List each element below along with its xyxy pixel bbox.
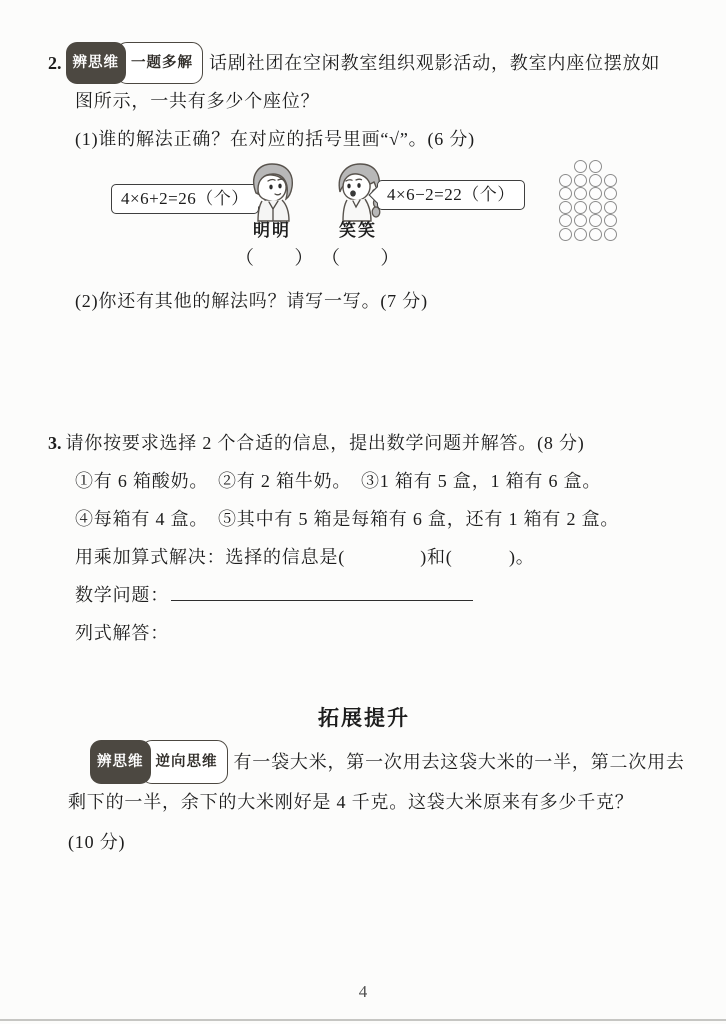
question-2-part2: (2)你还有其他的解法吗？请写一写。(7 分) xyxy=(75,282,680,320)
extension-badges: 辨思维 逆向思维 xyxy=(90,740,228,784)
seat-circle xyxy=(559,201,572,214)
seat-row xyxy=(559,201,619,215)
seat-circle xyxy=(574,187,587,200)
speech-bubble-mingming-formula: 4×6+2=26（个） xyxy=(121,189,249,208)
extension-points: (10 分) xyxy=(68,822,680,862)
seat-circle xyxy=(604,228,617,241)
question-2-number: 2. xyxy=(48,44,62,82)
speech-bubble-mingming: 4×6+2=26（个） xyxy=(111,184,259,214)
badge-bian-siwei: 辨思维 xyxy=(66,42,127,84)
seating-figure: 4×6+2=26（个） xyxy=(75,160,680,280)
seat-circle xyxy=(589,174,602,187)
question-2-text-line1: 话剧社团在空闲教室组织观影活动，教室内座位摆放如 xyxy=(209,44,660,82)
math-problem-label: 数学问题： xyxy=(75,585,169,605)
badge-bian-siwei-2: 辨思维 xyxy=(90,740,151,784)
question-3-info-line1: ①有 6 箱酸奶。 ②有 2 箱牛奶。 ③1 箱有 5 盒，1 箱有 6 盒。 xyxy=(75,462,680,500)
seat-circle xyxy=(589,228,602,241)
seat-circle xyxy=(574,160,587,173)
worksheet-content: 2. 辨思维 一题多解 话剧社团在空闲教室组织观影活动，教室内座位摆放如 图所示… xyxy=(0,0,726,862)
girl-name-label: 笑笑 xyxy=(329,218,387,244)
seat-circle xyxy=(604,214,617,227)
seat-circle xyxy=(604,201,617,214)
seat-circle xyxy=(559,187,572,200)
seat-circle xyxy=(589,214,602,227)
boy-name-label: 明明 xyxy=(243,218,301,244)
question-3-problem-line: 数学问题： xyxy=(75,576,680,614)
question-2-heading: 2. 辨思维 一题多解 话剧社团在空闲教室组织观影活动，教室内座位摆放如 xyxy=(48,44,680,82)
seat-row xyxy=(559,160,619,174)
speech-bubble-xiaoxiao: 4×6−2=22（个） xyxy=(377,180,525,210)
seat-row xyxy=(559,187,619,201)
seat-circle xyxy=(589,201,602,214)
question-2-text-line2: 图所示，一共有多少个座位？ xyxy=(75,82,680,120)
question-3-method-line: 用乘加算式解决：选择的信息是( )和( )。 xyxy=(75,538,680,576)
extension-section-title: 拓展提升 xyxy=(48,700,680,738)
extension-question-line1: 辨思维 逆向思维 有一袋大米，第一次用去这袋大米的一半，第二次用去 xyxy=(90,742,680,782)
seat-circle xyxy=(604,174,617,187)
question-3-heading: 3. 请你按要求选择 2 个合适的信息，提出数学问题并解答。(8 分) xyxy=(48,424,680,462)
question-3-number: 3. xyxy=(48,424,62,462)
seat-circle xyxy=(589,187,602,200)
badge-yiti-duojie: 一题多解 xyxy=(116,42,203,84)
question-3-solve-label: 列式解答： xyxy=(75,614,680,652)
question-2-part1: (1)谁的解法正确？在对应的括号里画“√”。(6 分) xyxy=(75,120,680,158)
seat-circle xyxy=(574,174,587,187)
seat-circle xyxy=(589,160,602,173)
answer-parentheses-mingming: （ ） xyxy=(235,244,311,274)
page-bottom-edge xyxy=(0,1019,726,1021)
question-3-info-line2: ④每箱有 4 盒。 ⑤其中有 5 箱是每箱有 6 盒，还有 1 箱有 2 盒。 xyxy=(75,500,680,538)
seat-circle xyxy=(559,214,572,227)
badge-nixiang-siwei: 逆向思维 xyxy=(141,740,228,784)
seat-circle xyxy=(574,228,587,241)
seat-circle xyxy=(559,174,572,187)
worksheet-page: 2. 辨思维 一题多解 话剧社团在空闲教室组织观影活动，教室内座位摆放如 图所示… xyxy=(0,0,726,1024)
page-number: 4 xyxy=(0,982,726,1002)
extension-text-line2: 剩下的一半，余下的大米刚好是 4 千克。这袋大米原来有多少千克？ xyxy=(68,782,680,822)
seat-circle xyxy=(574,201,587,214)
extension-text-line1: 有一袋大米，第一次用去这袋大米的一半，第二次用去 xyxy=(234,742,685,782)
answer-parentheses-xiaoxiao: （ ） xyxy=(321,244,397,274)
question-2-badges: 辨思维 一题多解 xyxy=(66,42,204,84)
seat-row xyxy=(559,214,619,228)
seat-grid xyxy=(559,160,619,241)
seat-row xyxy=(559,228,619,242)
seat-row xyxy=(559,174,619,188)
answer-blank-line xyxy=(171,586,473,601)
seat-circle xyxy=(559,228,572,241)
boy-character-illustration xyxy=(245,160,301,227)
seat-circle xyxy=(574,214,587,227)
question-3-intro: 请你按要求选择 2 个合适的信息，提出数学问题并解答。(8 分) xyxy=(66,424,585,462)
seat-circle xyxy=(604,187,617,200)
speech-bubble-xiaoxiao-formula: 4×6−2=22（个） xyxy=(387,185,515,204)
